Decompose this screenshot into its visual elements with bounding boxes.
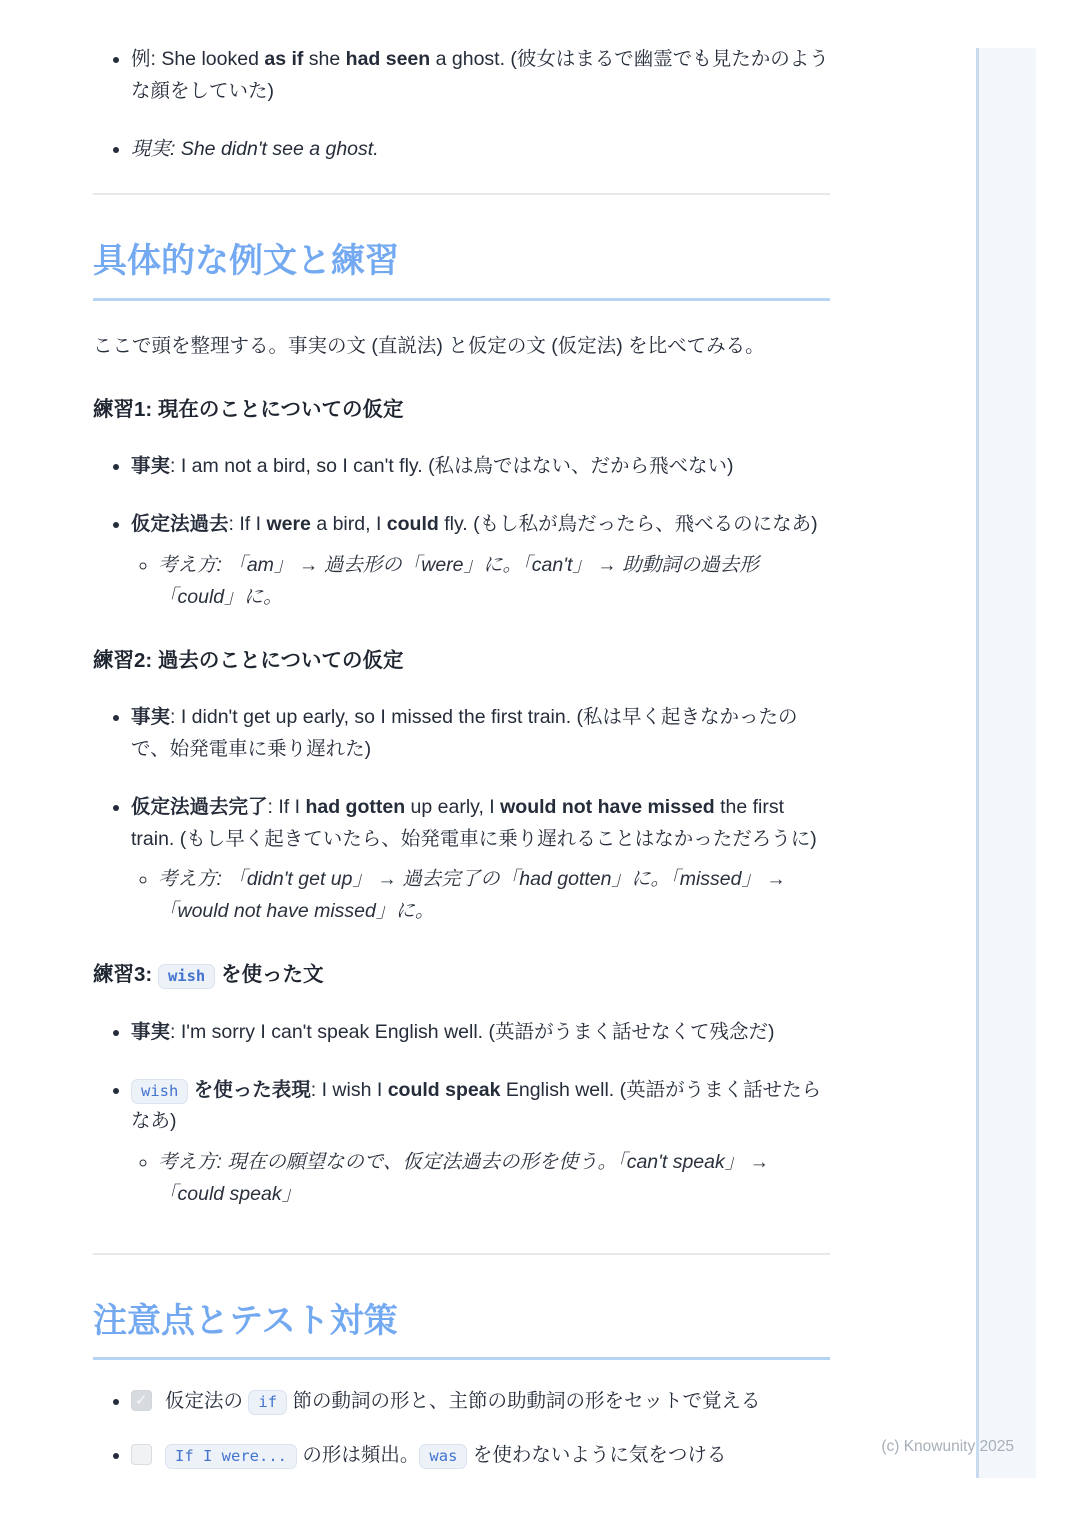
section-divider — [93, 193, 830, 195]
task-item: If I were... の形は頻出。was を使わないように気をつける — [131, 1440, 830, 1472]
top-spacer — [93, 0, 830, 44]
reality-sentence: 現実: She didn't see a ghost. — [131, 138, 379, 160]
copyright-footer: (c) Knowunity 2025 — [881, 1438, 1014, 1456]
scrollbar-track[interactable] — [976, 48, 1036, 1478]
inline-code-chip: If I were... — [165, 1444, 297, 1469]
sub-list: 考え方: 現在の願望なので、仮定法過去の形を使う。「can't speak」 →… — [131, 1147, 830, 1211]
exercise1-list: 事実: I am not a bird, so I can't fly. (私は… — [93, 451, 830, 613]
hypothetical-sentence: 仮定法過去: If I were a bird, I could fly. (も… — [131, 513, 818, 535]
checkbox-unchecked-icon — [131, 1444, 152, 1465]
fact-sentence: 事実: I didn't get up early, so I missed t… — [131, 706, 798, 760]
exercise2-heading: 練習2: 過去のことについての仮定 — [93, 646, 830, 677]
fact-sentence: 事実: I'm sorry I can't speak English well… — [131, 1021, 774, 1043]
wish-sentence: wish を使った表現: I wish I could speak Englis… — [131, 1079, 821, 1133]
checkbox-checked-icon — [131, 1390, 152, 1411]
section-heading-notes: 注意点とテスト対策 — [93, 1299, 830, 1361]
exercise1-heading: 練習1: 現在のことについての仮定 — [93, 395, 830, 426]
sub-list: 考え方: 「didn't get up」 → 過去完了の「had gotten」… — [131, 864, 830, 928]
list-item-fact: 事実: I am not a bird, so I can't fly. (私は… — [131, 451, 830, 483]
note-content: 例: She looked as if she had seen a ghost… — [93, 0, 830, 1494]
task-text: 仮定法の if 節の動詞の形と、主節の助動詞の形をセットで覚える — [165, 1390, 761, 1412]
fact-sentence: 事実: I am not a bird, so I can't fly. (私は… — [131, 455, 734, 477]
task-list: 仮定法の if 節の動詞の形と、主節の助動詞の形をセットで覚える If I we… — [93, 1386, 830, 1472]
list-item-fact: 事実: I didn't get up early, so I missed t… — [131, 702, 830, 766]
list-item-hypothetical: 仮定法過去: If I were a bird, I could fly. (も… — [131, 509, 830, 613]
exercise2-list: 事実: I didn't get up early, so I missed t… — [93, 702, 830, 928]
list-item-example: 例: She looked as if she had seen a ghost… — [131, 44, 830, 108]
section-intro-paragraph: ここで頭を整理する。事実の文 (直説法) と仮定の文 (仮定法) を比べてみる。 — [93, 331, 830, 363]
section-heading-examples: 具体的な例文と練習 — [93, 239, 830, 301]
task-text: If I were... の形は頻出。was を使わないように気をつける — [165, 1444, 726, 1466]
thinking-note: 考え方: 現在の願望なので、仮定法過去の形を使う。「can't speak」 →… — [158, 1151, 769, 1205]
thinking-note: 考え方: 「didn't get up」 → 過去完了の「had gotten」… — [158, 868, 786, 922]
inline-code-chip: wish — [131, 1079, 188, 1104]
section-divider — [93, 1253, 830, 1255]
inline-code-chip: wish — [158, 964, 215, 989]
list-item-hypothetical: 仮定法過去完了: If I had gotten up early, I wou… — [131, 792, 830, 928]
list-item-thinking: 考え方: 現在の願望なので、仮定法過去の形を使う。「can't speak」 →… — [158, 1147, 830, 1211]
as-if-example-list: 例: She looked as if she had seen a ghost… — [93, 44, 830, 165]
list-item-wish-expression: wish を使った表現: I wish I could speak Englis… — [131, 1075, 830, 1211]
example-sentence: 例: She looked as if she had seen a ghost… — [131, 48, 829, 102]
thinking-note: 考え方: 「am」 → 過去形の「were」に。「can't」 → 助動詞の過去… — [158, 554, 759, 608]
exercise3-list: 事実: I'm sorry I can't speak English well… — [93, 1017, 830, 1211]
list-item-thinking: 考え方: 「didn't get up」 → 過去完了の「had gotten」… — [158, 864, 830, 928]
inline-code-chip: if — [248, 1390, 287, 1415]
exercise3-heading: 練習3: wish を使った文 — [93, 960, 830, 991]
task-item: 仮定法の if 節の動詞の形と、主節の助動詞の形をセットで覚える — [131, 1386, 830, 1418]
list-item-reality: 現実: She didn't see a ghost. — [131, 134, 830, 166]
list-item-thinking: 考え方: 「am」 → 過去形の「were」に。「can't」 → 助動詞の過去… — [158, 550, 830, 614]
inline-code-chip: was — [419, 1444, 467, 1469]
list-item-fact: 事実: I'm sorry I can't speak English well… — [131, 1017, 830, 1049]
document-page: 例: She looked as if she had seen a ghost… — [0, 0, 1080, 1528]
hypothetical-sentence: 仮定法過去完了: If I had gotten up early, I wou… — [131, 796, 817, 850]
sub-list: 考え方: 「am」 → 過去形の「were」に。「can't」 → 助動詞の過去… — [131, 550, 830, 614]
